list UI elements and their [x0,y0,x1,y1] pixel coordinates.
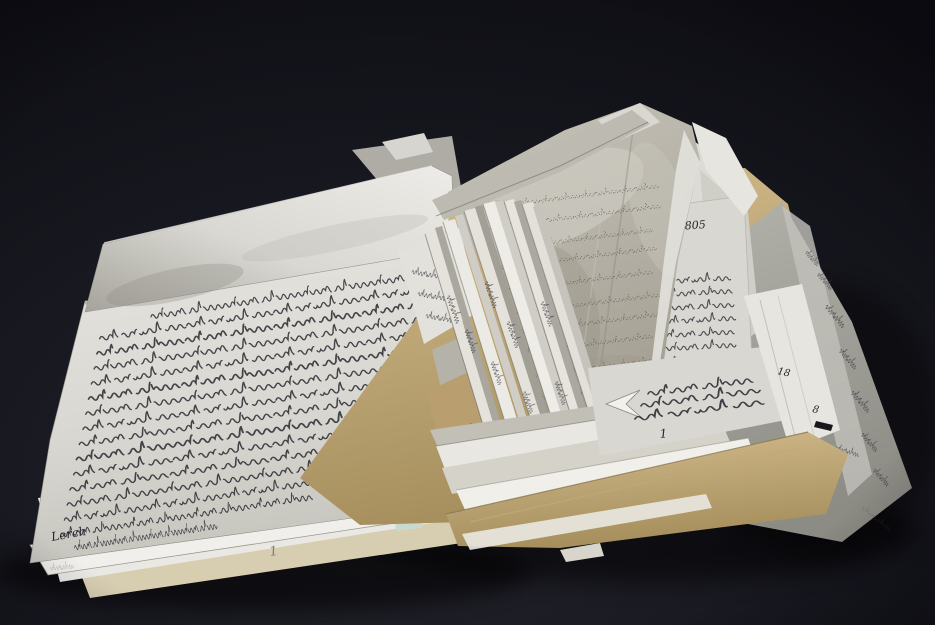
photo-canvas: 1 [0,0,935,625]
vignette-overlay [0,0,935,625]
manuscript-photo: 1 [0,0,935,625]
